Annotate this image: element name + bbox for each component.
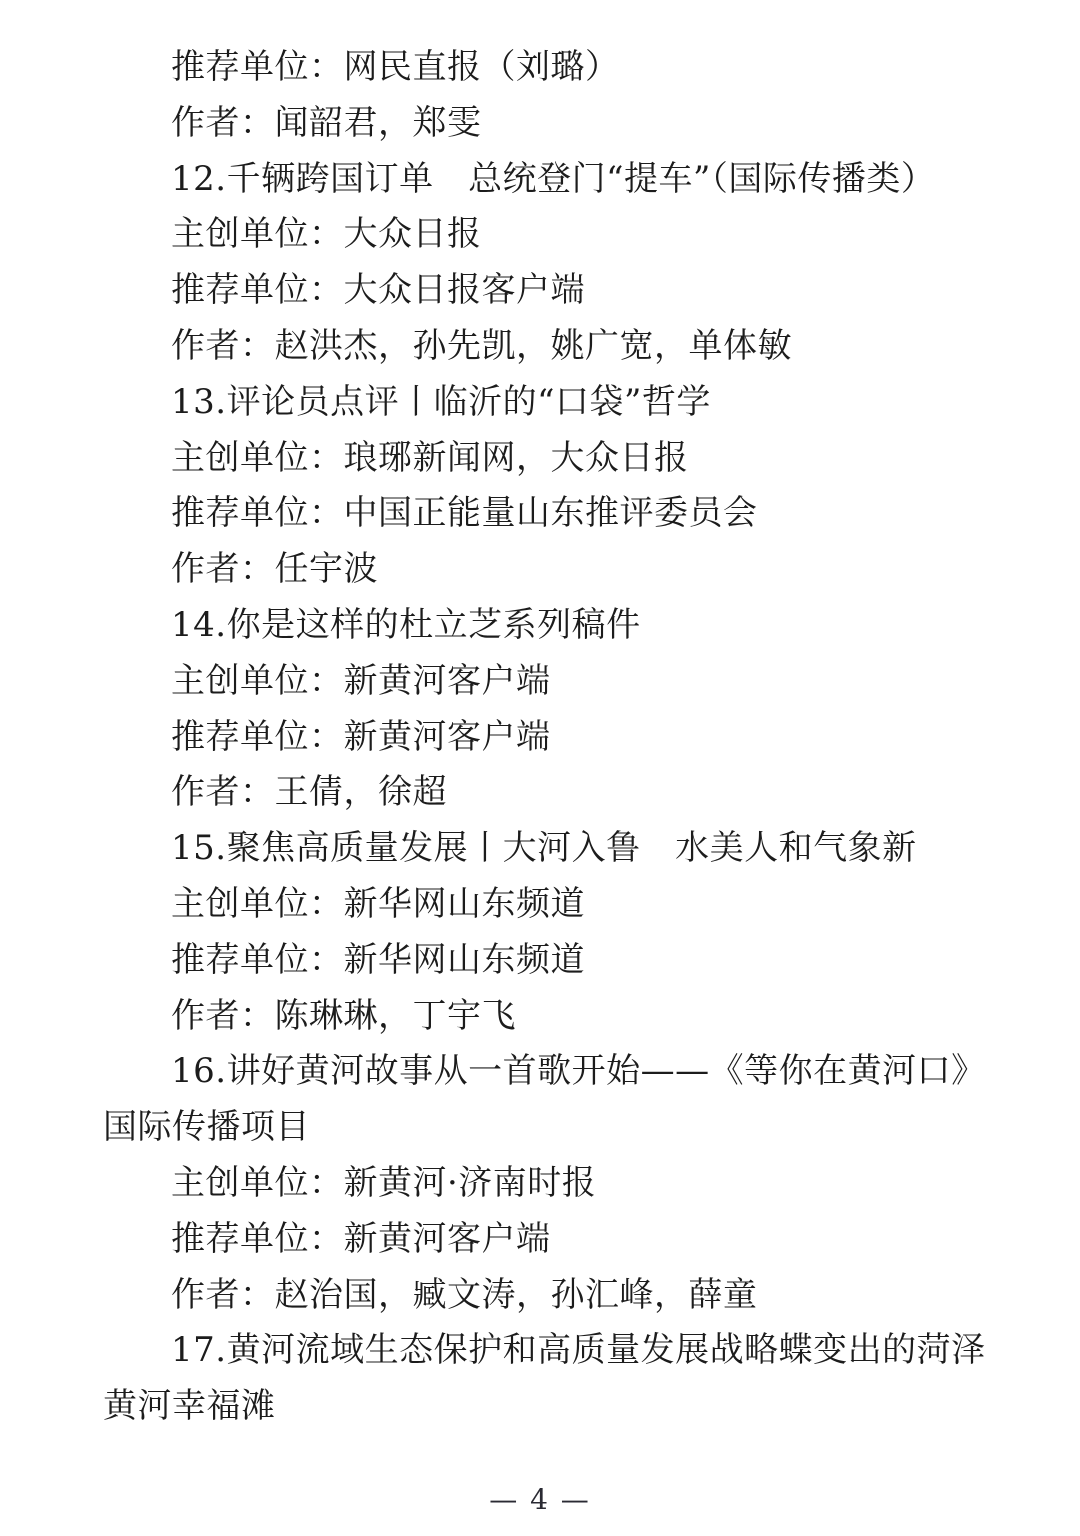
field-authors: 作者：任宇波 [103, 542, 1019, 598]
field-authors: 作者：王倩，徐超 [103, 765, 1019, 821]
entry-17-title: 17.黄河流域生态保护和高质量发展战略蝶变出的菏泽黄河幸福滩 [103, 1323, 1019, 1435]
field-main-unit: 主创单位：新黄河客户端 [103, 654, 1019, 710]
entry-16-title: 16.讲好黄河故事从一首歌开始——《等你在黄河口》国际传播项目 [103, 1044, 1019, 1156]
field-main-unit: 主创单位：新黄河·济南时报 [103, 1156, 1019, 1212]
field-authors: 作者：赵洪杰，孙先凯，姚广宽，单体敏 [103, 319, 1019, 375]
document-page: 推荐单位：网民直报（刘璐） 作者：闻韶君，郑雯 12.千辆跨国订单 总统登门“提… [0, 0, 1080, 1536]
field-recommending-unit: 推荐单位：新华网山东频道 [103, 933, 1019, 989]
entry-13-title: 13.评论员点评丨临沂的“口袋”哲学 [103, 375, 1019, 431]
entry-15-title: 15.聚焦高质量发展丨大河入鲁 水美人和气象新 [103, 821, 1019, 877]
field-recommending-unit: 推荐单位：大众日报客户端 [103, 263, 1019, 319]
field-recommending-unit: 推荐单位：新黄河客户端 [103, 710, 1019, 766]
document-body: 推荐单位：网民直报（刘璐） 作者：闻韶君，郑雯 12.千辆跨国订单 总统登门“提… [103, 40, 1019, 1435]
entry-12-title: 12.千辆跨国订单 总统登门“提车”（国际传播类） [103, 152, 1019, 208]
field-main-unit: 主创单位：琅琊新闻网，大众日报 [103, 431, 1019, 487]
field-main-unit: 主创单位：大众日报 [103, 207, 1019, 263]
field-authors: 作者：赵治国，臧文涛，孙汇峰，薛童 [103, 1268, 1019, 1324]
field-recommending-unit: 推荐单位：新黄河客户端 [103, 1212, 1019, 1268]
field-recommending-unit: 推荐单位：中国正能量山东推评委员会 [103, 486, 1019, 542]
field-authors: 作者：闻韶君，郑雯 [103, 96, 1019, 152]
field-recommending-unit: 推荐单位：网民直报（刘璐） [103, 40, 1019, 96]
entry-14-title: 14.你是这样的杜立芝系列稿件 [103, 598, 1019, 654]
field-authors: 作者：陈琳琳，丁宇飞 [103, 989, 1019, 1045]
page-number: — 4 — [0, 1483, 1080, 1516]
field-main-unit: 主创单位：新华网山东频道 [103, 877, 1019, 933]
